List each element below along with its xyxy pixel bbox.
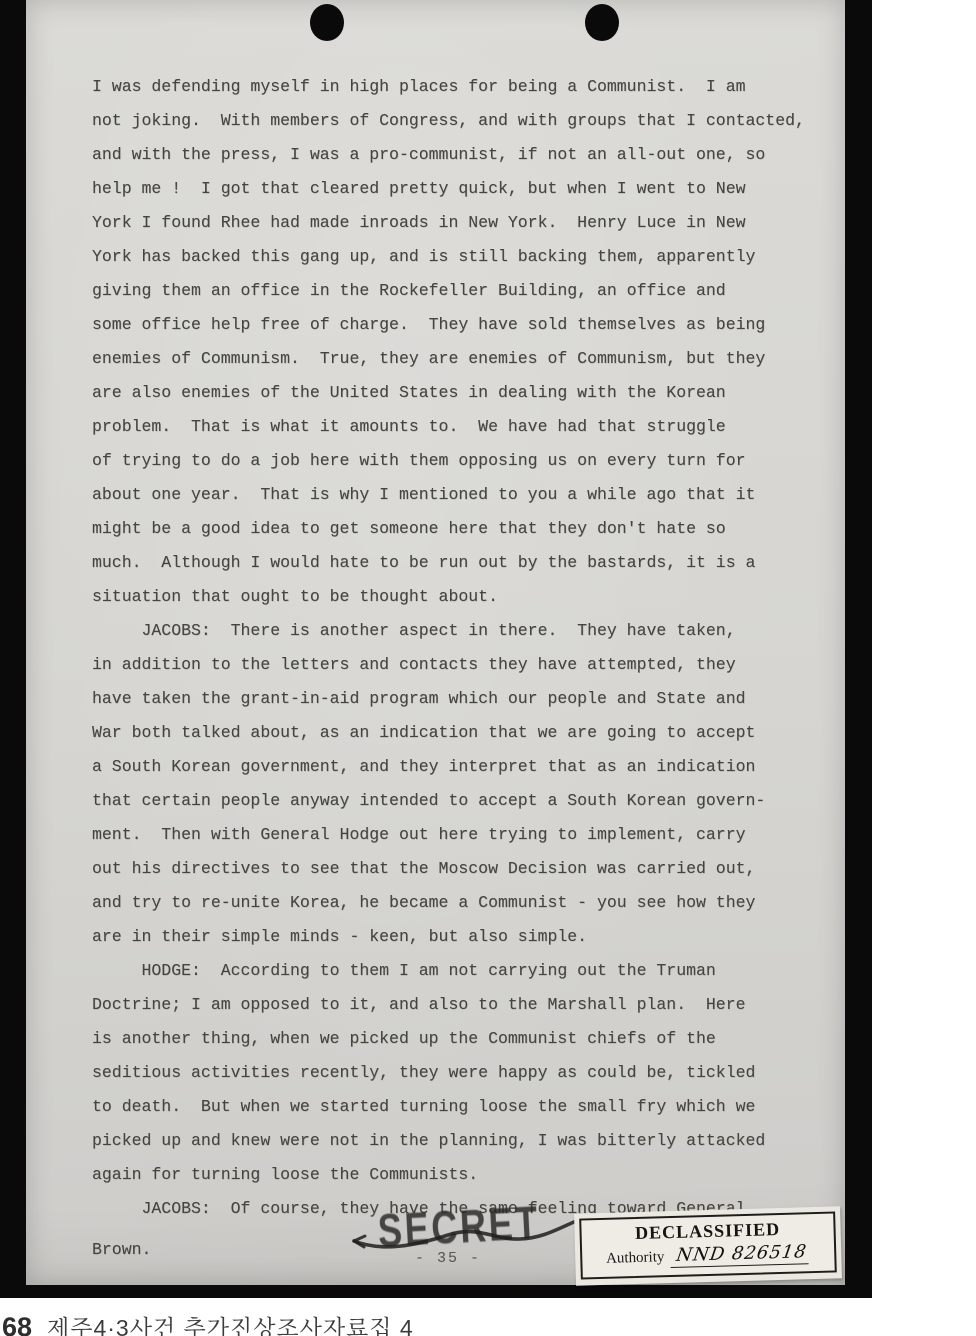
declassified-stamp: DECLASSIFIED Authority NND 826518 <box>574 1206 842 1285</box>
text-line: out his directives to see that the Mosco… <box>92 852 857 886</box>
text-line: a South Korean government, and they inte… <box>92 750 857 784</box>
text-line: enemies of Communism. True, they are ene… <box>92 342 857 376</box>
text-line: War both talked about, as an indication … <box>92 716 857 750</box>
text-line: and with the press, I was a pro-communis… <box>92 138 857 172</box>
page-number: - 35 - <box>415 1250 481 1267</box>
scan-background: I was defending myself in high places fo… <box>0 0 872 1298</box>
footer-caption: 68 제주4·3사건 추가진상조사자료집 4 <box>2 1310 414 1336</box>
book-page: I was defending myself in high places fo… <box>0 0 976 1336</box>
document-paper: I was defending myself in high places fo… <box>26 0 845 1285</box>
secret-stamp: SECRET <box>377 1197 542 1258</box>
text-line: not joking. With members of Congress, an… <box>92 104 857 138</box>
text-line: giving them an office in the Rockefeller… <box>92 274 857 308</box>
text-line: seditious activities recently, they were… <box>92 1056 857 1090</box>
text-line: are in their simple minds - keen, but al… <box>92 920 857 954</box>
text-line: York has backed this gang up, and is sti… <box>92 240 857 274</box>
text-line: York I found Rhee had made inroads in Ne… <box>92 206 857 240</box>
text-line: is another thing, when we picked up the … <box>92 1022 857 1056</box>
declassified-box: DECLASSIFIED Authority NND 826518 <box>579 1211 837 1279</box>
text-line: and try to re-unite Korea, he became a C… <box>92 886 857 920</box>
text-line: have taken the grant-in-aid program whic… <box>92 682 857 716</box>
text-line: picked up and knew were not in the plann… <box>92 1124 857 1158</box>
text-line: I was defending myself in high places fo… <box>92 70 857 104</box>
hole-punch-left <box>310 4 344 41</box>
typewritten-text: I was defending myself in high places fo… <box>92 70 857 1267</box>
text-line: of trying to do a job here with them opp… <box>92 444 857 478</box>
text-line: JACOBS: There is another aspect in there… <box>92 614 857 648</box>
authority-row: Authority NND 826518 <box>582 1240 835 1270</box>
text-line: ment. Then with General Hodge out here t… <box>92 818 857 852</box>
text-line: that certain people anyway intended to a… <box>92 784 857 818</box>
hole-punch-right <box>585 4 619 41</box>
text-line: problem. That is what it amounts to. We … <box>92 410 857 444</box>
text-line: some office help free of charge. They ha… <box>92 308 857 342</box>
authority-value: NND 826518 <box>670 1241 812 1268</box>
footer-title: 제주4·3사건 추가진상조사자료집 4 <box>47 1310 414 1336</box>
text-line: are also enemies of the United States in… <box>92 376 857 410</box>
text-line: HODGE: According to them I am not carryi… <box>92 954 857 988</box>
text-line: in addition to the letters and contacts … <box>92 648 857 682</box>
text-line: to death. But when we started turning lo… <box>92 1090 857 1124</box>
text-line: help me ! I got that cleared pretty quic… <box>92 172 857 206</box>
text-line: Doctrine; I am opposed to it, and also t… <box>92 988 857 1022</box>
text-line: much. Although I would hate to be run ou… <box>92 546 857 580</box>
text-line: might be a good idea to get someone here… <box>92 512 857 546</box>
authority-label: Authority <box>606 1249 665 1267</box>
text-line: about one year. That is why I mentioned … <box>92 478 857 512</box>
text-line: again for turning loose the Communists. <box>92 1158 857 1192</box>
text-line: situation that ought to be thought about… <box>92 580 857 614</box>
footer-page-number: 68 <box>2 1312 32 1336</box>
